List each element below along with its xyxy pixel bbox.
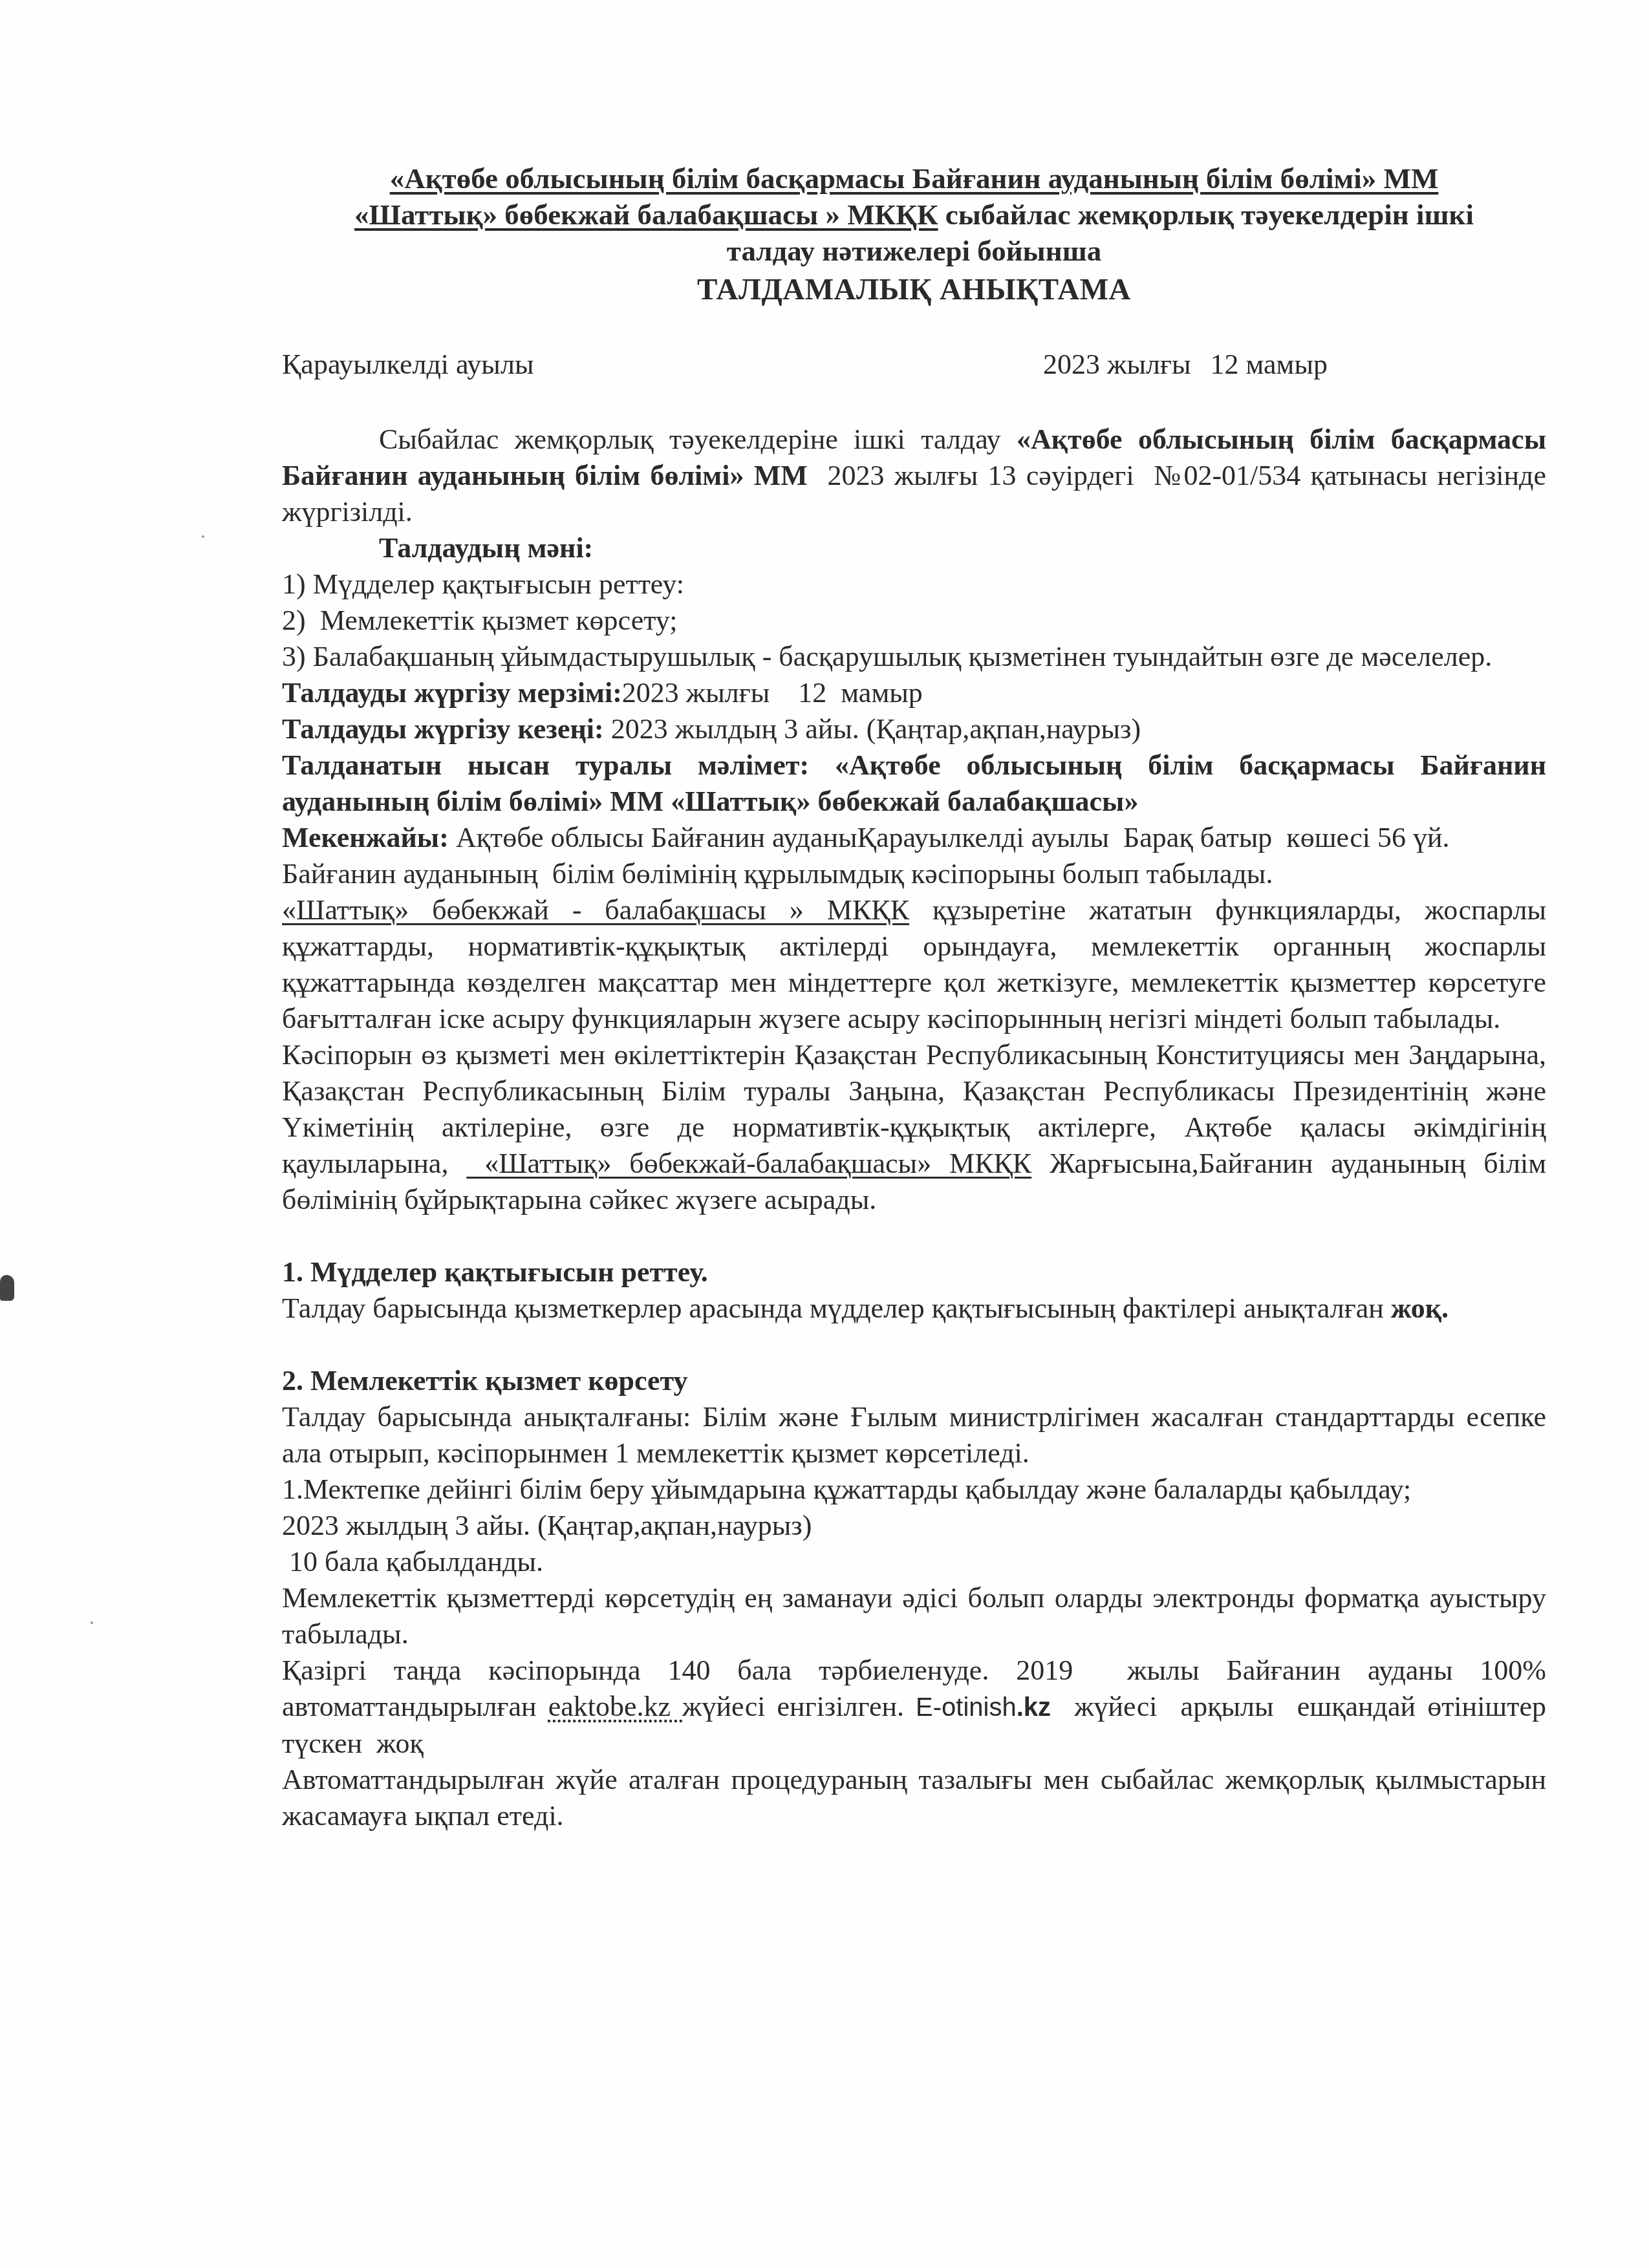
authority-paragraph: Кәсіпорын өз қызметі мен өкілеттіктерін … — [282, 1037, 1546, 1218]
analysis-deadline: Талдауды жүргізу мерзімі:2023 жылғы 12 м… — [282, 675, 1546, 711]
place-name: Қарауылкелді ауылы — [282, 347, 1043, 383]
section-1-text: Талдау барысында қызметкерлер арасында м… — [282, 1290, 1546, 1327]
section-2-heading: 2. Мемлекеттік қызмет көрсету — [282, 1363, 1546, 1399]
header-line-1: «Ақтөбе облысының білім басқармасы Байға… — [282, 160, 1546, 197]
scan-speck — [202, 535, 204, 538]
dateline: Қарауылкелді ауылы 2023 жылғы12 мамыр — [282, 347, 1546, 383]
section-2-period: 2023 жылдың 3 айы. (Қаңтар,ақпан,наурыз) — [282, 1508, 1546, 1544]
document-date: 2023 жылғы12 мамыр — [1043, 347, 1347, 383]
structure-note: Байғанин ауданының білім бөлімінің құрыл… — [282, 856, 1546, 892]
header-line-3: талдау нәтижелері бойынша — [282, 233, 1546, 269]
analysis-period: Талдауды жүргізу кезеңі: 2023 жылдың 3 а… — [282, 711, 1546, 747]
e-otinish-name: E-otinish — [916, 1693, 1017, 1722]
essence-item: 2) Мемлекеттік қызмет көрсету; — [282, 603, 1546, 639]
header-line-2: «Шаттық» бөбекжай балабақшасы » МКҚК сыб… — [282, 197, 1546, 233]
document-page: «Ақтөбе облысының білім басқармасы Байға… — [0, 0, 1649, 2268]
document-title: ТАЛДАМАЛЫҚ АНЫҚТАМА — [282, 272, 1546, 308]
section-2-paragraph: Мемлекеттік қызметтерді көрсетудің ең за… — [282, 1580, 1546, 1653]
scan-speck — [91, 1621, 93, 1624]
address: Мекенжайы: Ақтөбе облысы Байғанин ауданы… — [282, 820, 1546, 856]
essence-heading: Талдаудың мәні: — [282, 530, 1546, 566]
section-1-heading: 1. Мүдделер қақтығысын реттеу. — [282, 1254, 1546, 1290]
section-2-systems: Қазіргі таңда кәсіпорында 140 бала тәрби… — [282, 1653, 1546, 1762]
essence-item: 3) Балабақшаның ұйымдастырушылық - басқа… — [282, 639, 1546, 675]
scan-artifact — [0, 1275, 14, 1301]
essence-item: 1) Мүдделер қақтығысын реттеу: — [282, 566, 1546, 603]
analysis-object: Талданатын нысан туралы мәлімет: «Ақтөбе… — [282, 747, 1546, 820]
intro-paragraph: Сыбайлас жемқорлық тәуекелдеріне ішкі та… — [282, 422, 1546, 530]
document-header: «Ақтөбе облысының білім басқармасы Байға… — [282, 160, 1546, 308]
document-body: «Ақтөбе облысының білім басқармасы Байға… — [282, 160, 1546, 1834]
section-2-accepted: 10 бала қабылданды. — [282, 1544, 1546, 1580]
functions-paragraph: «Шаттық» бөбекжай - балабақшасы » МКҚК қ… — [282, 892, 1546, 1037]
eaktobe-link[interactable]: eaktobe.kz — [548, 1691, 682, 1722]
section-2-service-item: 1.Мектепке дейінгі білім беру ұйымдарына… — [282, 1471, 1546, 1508]
section-2-paragraph: Талдау барысында анықталғаны: Білім және… — [282, 1399, 1546, 1471]
section-2-conclusion: Автоматтандырылған жүйе аталған процедур… — [282, 1762, 1546, 1834]
